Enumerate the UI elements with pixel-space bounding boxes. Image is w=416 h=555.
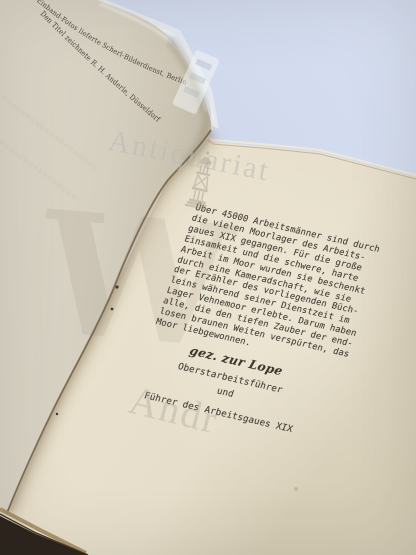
- stitch-dot: [115, 285, 118, 288]
- stitch-dot: [56, 413, 58, 415]
- stitch-dot: [111, 308, 114, 311]
- book-photo: Die Einband-Fotos lieferte Scherl-Bilder…: [0, 0, 416, 555]
